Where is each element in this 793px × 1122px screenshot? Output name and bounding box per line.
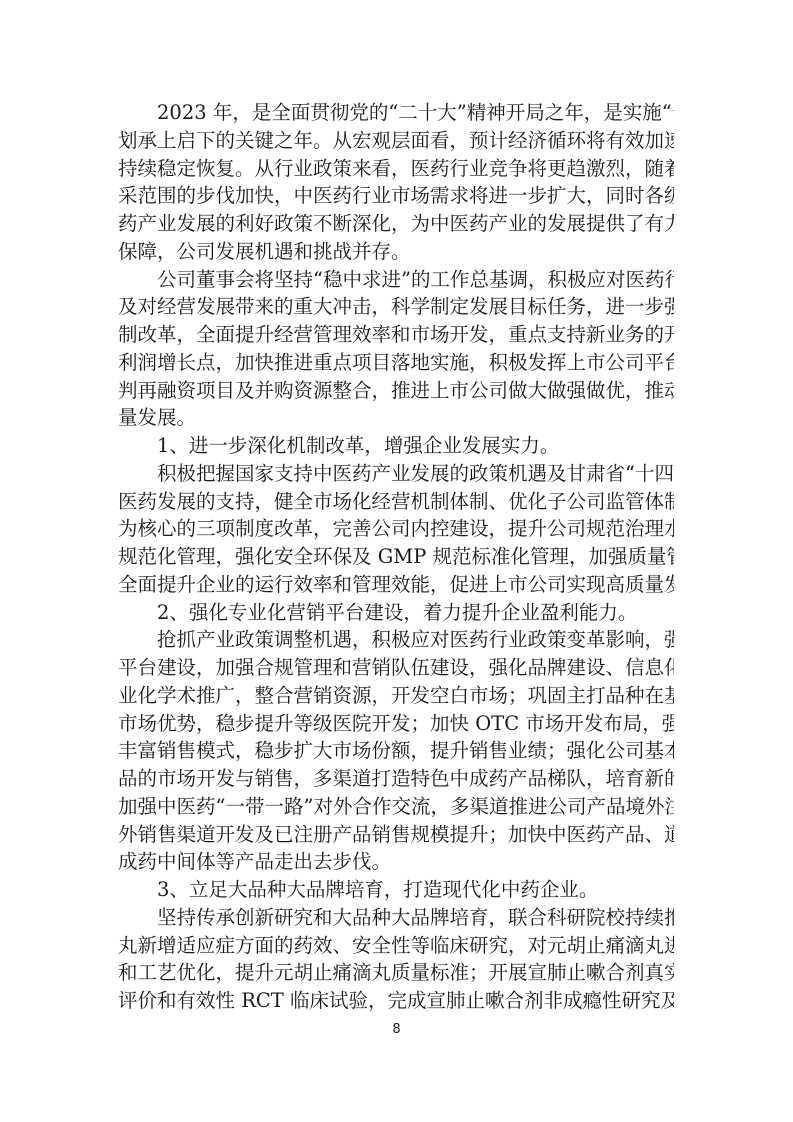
text-line: 外销售渠道开发及已注册产品销售规模提升；加快中医药产品、道地中药材、中 — [118, 821, 674, 849]
text-line: 积极把握国家支持中医药产业发展的政策机遇及甘肃省“十四五”规划对中 — [118, 460, 674, 488]
text-line: 评价和有效性 RCT 临床试验，完成宣肺止嗽合剂非成瘾性研究及临床用药指南工 — [118, 987, 674, 1015]
section-heading-1: 1、进一步深化机制改革，增强企业发展实力。 — [118, 432, 674, 460]
text-line: 公司董事会将坚持“稳中求进”的工作总基调，积极应对医药行业政策变化 — [118, 266, 674, 294]
section-heading-3: 3、立足大品种大品牌培育，打造现代化中药企业。 — [118, 876, 674, 904]
text-line: 判再融资项目及并购资源整合，推进上市公司做大做强做优，推动公司实现高质 — [118, 377, 674, 405]
document-page: 2023 年，是全面贯彻党的“二十大”精神开局之年，是实施“十四五”规 划承上启… — [0, 0, 793, 1122]
text-line: 加强中医药“一带一路”对外合作交流，多渠道推进公司产品境外注册，加大境 — [118, 793, 674, 821]
text-line: 平台建设，加强合规管理和营销队伍建设，强化品牌建设、信息化建设，深化专 — [118, 654, 674, 682]
text-line: 保障，公司发展机遇和挑战并存。 — [118, 238, 674, 266]
text-line: 医药发展的支持，健全市场化经营机制体制、优化子公司监管体制，推进“四能” — [118, 488, 674, 516]
text-line: 丰富销售模式，稳步扩大市场份额，提升销售业绩；强化公司基本药物与普药产 — [118, 737, 674, 765]
paragraph-marketing-platform: 抢抓产业政策调整机遇，积极应对医药行业政策变革影响，强化专业化营销 平台建设，加… — [118, 626, 674, 876]
text-line: 坚持传承创新研究和大品种大品牌培育，联合科研院校持续推进元胡止痛滴 — [118, 904, 674, 932]
section-heading-2: 2、强化专业化营销平台建设，着力提升企业盈利能力。 — [118, 599, 674, 627]
paragraph-mechanism-reform: 积极把握国家支持中医药产业发展的政策机遇及甘肃省“十四五”规划对中 医药发展的支… — [118, 460, 674, 599]
text-line: 抢抓产业政策调整机遇，积极应对医药行业政策变革影响，强化专业化营销 — [118, 626, 674, 654]
text-line: 和工艺优化，提升元胡止痛滴丸质量标准；开展宣肺止嗽合剂真实世界安全性再 — [118, 959, 674, 987]
paragraph-board-plan: 公司董事会将坚持“稳中求进”的工作总基调，积极应对医药行业政策变化 及对经营发展… — [118, 266, 674, 433]
text-line: 量发展。 — [118, 404, 674, 432]
text-line: 药产业发展的利好政策不断深化，为中医药产业的发展提供了有力的政策和制度 — [118, 210, 674, 238]
text-line: 全面提升企业的运行效率和管理效能，促进上市公司实现高质量发展。 — [118, 571, 674, 599]
text-line: 2023 年，是全面贯彻党的“二十大”精神开局之年，是实施“十四五”规 — [118, 99, 674, 127]
text-line: 业化学术推广，整合营销资源，开发空白市场；巩固主打品种在基层医疗机构的 — [118, 682, 674, 710]
text-line: 市场优势，稳步提升等级医院开发；加快 OTC 市场开发布局，强化线上宣传推广， — [118, 710, 674, 738]
text-line: 利润增长点，加快推进重点项目落地实施，积极发挥上市公司平台作用，科学研 — [118, 349, 674, 377]
page-number: 8 — [0, 1022, 793, 1037]
text-line: 划承上启下的关键之年。从宏观层面看，预计经济循环将有效加速，整体经济将 — [118, 127, 674, 155]
paragraph-outlook: 2023 年，是全面贯彻党的“二十大”精神开局之年，是实施“十四五”规 划承上启… — [118, 99, 674, 266]
text-line: 制改革，全面提升经营管理效率和市场开发，重点支持新业务的开展，培育新的 — [118, 321, 674, 349]
text-line: 及对经营发展带来的重大冲击，科学制定发展目标任务，进一步强化营销体制机 — [118, 293, 674, 321]
text-line: 成药中间体等产品走出去步伐。 — [118, 848, 674, 876]
text-line: 采范围的步伐加快，中医药行业市场需求将进一步扩大，同时各级政府支持中医 — [118, 182, 674, 210]
paragraph-brand-cultivation: 坚持传承创新研究和大品种大品牌培育，联合科研院校持续推进元胡止痛滴 丸新增适应症… — [118, 904, 674, 1015]
text-line: 品的市场开发与销售，多渠道打造特色中成药产品梯队，培育新的经济增长点； — [118, 765, 674, 793]
text-line: 规范化管理，强化安全环保及 GMP 规范标准化管理，加强质量管控和风险防控， — [118, 543, 674, 571]
text-line: 持续稳定恢复。从行业政策来看，医药行业竞争将更趋激烈，随着中成药纳入集 — [118, 155, 674, 183]
text-line: 丸新增适应症方面的药效、安全性等临床研究，对元胡止痛滴丸进行系统的处方 — [118, 932, 674, 960]
text-line: 为核心的三项制度改革，完善公司内控建设，提升公司规范治理水平；持续推行 — [118, 515, 674, 543]
body-text: 2023 年，是全面贯彻党的“二十大”精神开局之年，是实施“十四五”规 划承上启… — [118, 99, 674, 1015]
